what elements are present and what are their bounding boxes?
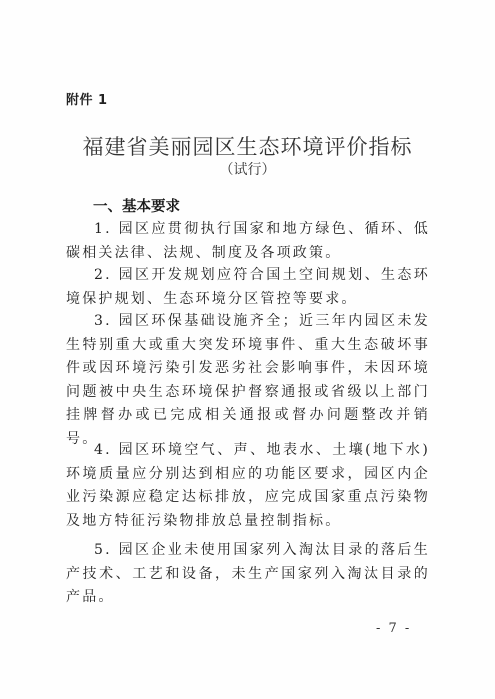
page-number: - 7 - (376, 621, 411, 636)
attachment-label: 附件 1 (66, 89, 108, 108)
requirement-item-1: 1. 园区应贯彻执行国家和地方绿色、循环、低碳相关法律、法规、制度及各项政策。 (66, 218, 430, 265)
requirement-item-2: 2. 园区开发规划应符合国土空间规划、生态环境保护规划、生态环境分区管控等要求。 (66, 264, 430, 311)
document-page: 附件 1 福建省美丽园区生态环境评价指标 （试行） 一、基本要求 1. 园区应贯… (0, 0, 495, 699)
requirement-item-4: 4. 园区环境空气、声、地表水、土壤(地下水)环境质量应分别达到相应的功能区要求… (66, 439, 430, 533)
requirement-item-5: 5. 园区企业未使用国家列入淘汰目录的落后生产技术、工艺和设备，未生产国家列入淘… (66, 539, 430, 610)
section-heading-basic-requirements: 一、基本要求 (93, 195, 180, 216)
document-title: 福建省美丽园区生态环境评价指标 (0, 131, 495, 161)
requirement-item-3: 3. 园区环保基础设施齐全；近三年内园区未发生特别重大或重大突发环境事件、重大生… (66, 310, 430, 451)
document-subtitle: （试行） (0, 159, 495, 179)
